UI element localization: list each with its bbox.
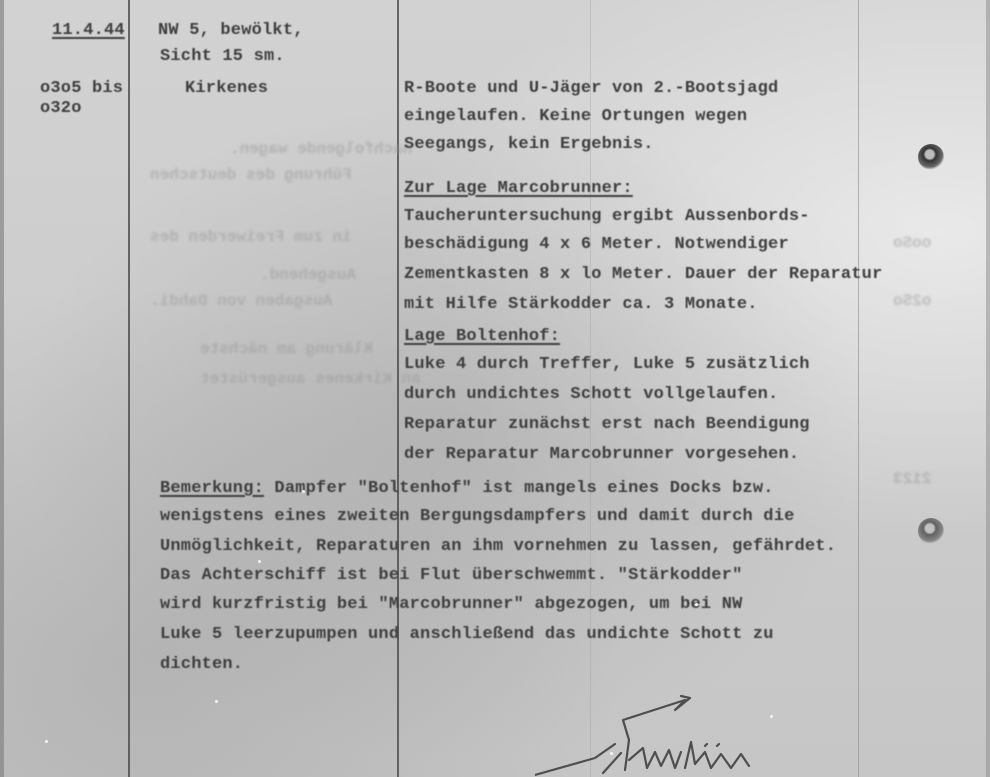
remark-line: Das Achterschiff ist bei Flut überschwem… xyxy=(160,565,743,587)
entry-date: 11.4.44 xyxy=(52,20,125,42)
bleed-text: Klärung am nächste xyxy=(200,340,373,358)
column-rule-main xyxy=(397,0,399,777)
weather-line: NW 5, bewölkt, xyxy=(158,20,304,42)
remark-label: Bemerkung: xyxy=(160,479,264,498)
column-rule-date xyxy=(128,0,130,777)
entry-line: Taucheruntersuchung ergibt Aussenbords- xyxy=(404,206,810,228)
entry-line: R-Boote und U-Jäger von 2.-Bootsjagd xyxy=(404,78,778,100)
remark-first-line: Bemerkung: Dampfer "Boltenhof" ist mange… xyxy=(160,478,774,500)
remark-line: dichten. xyxy=(160,654,243,676)
entry-line: eingelaufen. Keine Ortungen wegen xyxy=(404,106,747,128)
time-range-start: o3o5 bis xyxy=(40,78,123,100)
remark-line: wird kurzfristig bei "Marcobrunner" abge… xyxy=(160,594,743,616)
punch-hole xyxy=(918,518,944,544)
bleed-text: nachfolgende wagen. xyxy=(230,140,412,158)
remark-line: Unmöglichkeit, Reparaturen an ihm vorneh… xyxy=(160,536,836,558)
entry-line: Zementkasten 8 x lo Meter. Dauer der Rep… xyxy=(404,264,882,286)
remark-text: Dampfer "Boltenhof" ist mangels eines Do… xyxy=(264,479,774,498)
bleed-time: 2123 xyxy=(893,470,931,488)
entry-line: mit Hilfe Stärkodder ca. 3 Monate. xyxy=(404,294,758,316)
punch-hole xyxy=(918,144,944,170)
entry-line: Seegangs, kein Ergebnis. xyxy=(404,134,654,156)
page-edge-left xyxy=(0,0,4,777)
entry-line: durch undichtes Schott vollgelaufen. xyxy=(404,384,778,406)
visibility-line: Sicht 15 sm. xyxy=(160,46,285,68)
section-heading: Zur Lage Marcobrunner: xyxy=(404,178,633,200)
entry-line: Reparatur zunächst erst nach Beendigung xyxy=(404,414,810,436)
signature-icon xyxy=(535,680,775,777)
page-edge-right xyxy=(986,0,990,777)
section-heading: Lage Boltenhof: xyxy=(404,326,560,348)
bleed-text: Führung des deutschen xyxy=(150,166,352,184)
column-rule-right xyxy=(858,0,859,777)
location: Kirkenes xyxy=(185,78,268,100)
entry-line: der Reparatur Marcobrunner vorgesehen. xyxy=(404,444,799,466)
document-page: nachfolgende wagen. Führung des deutsche… xyxy=(0,0,990,777)
bleed-text: Ausgaben von Dahdi. xyxy=(150,292,332,310)
entry-line: Luke 4 durch Treffer, Luke 5 zusätzlich xyxy=(404,354,810,376)
remark-line: wenigstens eines zweiten Bergungsdampfer… xyxy=(160,506,795,528)
bleed-text: Ausgehend. xyxy=(260,266,356,284)
time-range-end: o32o xyxy=(40,98,82,120)
entry-line: beschädigung 4 x 6 Meter. Notwendiger xyxy=(404,234,789,256)
bleed-time: o2So xyxy=(893,292,931,310)
bleed-time: ooSo xyxy=(893,234,931,252)
bleed-text: in zum Freiwerden des xyxy=(150,228,352,246)
remark-line: Luke 5 leerzupumpen und anschließend das… xyxy=(160,624,774,646)
bleed-text: an Kirkenes ausgerüstet xyxy=(200,370,421,388)
